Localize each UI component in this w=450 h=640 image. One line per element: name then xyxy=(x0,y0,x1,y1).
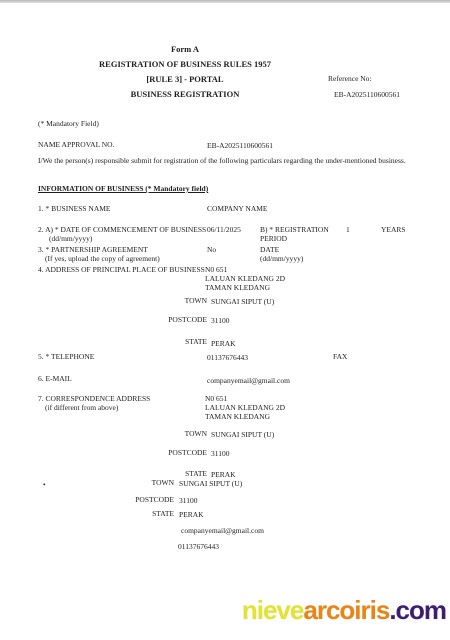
correspondence-state-value: PERAK xyxy=(211,471,236,479)
overflow-town-label: TOWN xyxy=(110,479,174,487)
form-a-title: Form A xyxy=(40,45,330,54)
top-border xyxy=(0,0,450,3)
correspondence-town-label: TOWN xyxy=(140,430,207,438)
overflow-town-value: SUNGAI SIPUT (U) xyxy=(179,480,242,488)
partnership-agreement-note: (If yes, upload the copy of agreement) xyxy=(45,255,160,263)
watermark-part-3: .com xyxy=(389,595,446,625)
email-value: companyemail@gmail.com xyxy=(207,377,290,385)
commencement-date-value: 06/11/2025 xyxy=(207,226,241,234)
correspondence-town-value: SUNGAI SIPUT (U) xyxy=(211,431,274,439)
watermark-part-2: arcoiris xyxy=(303,595,389,625)
business-name-label: 1. * BUSINESS NAME xyxy=(38,205,111,213)
name-approval-label: NAME APPROVAL NO. xyxy=(38,141,114,149)
overflow-state-value: PERAK xyxy=(179,511,204,519)
list-bullet: • xyxy=(43,481,46,489)
commencement-date-label: 2. A) * DATE OF COMMENCEMENT OF BUSINESS xyxy=(38,226,206,234)
portal-title: [RULE 3] - PORTAL xyxy=(40,75,330,84)
principal-postcode-label: POSTCODE xyxy=(140,316,207,324)
correspondence-address-line-3: TAMAN KLEDANG xyxy=(205,413,270,421)
commencement-date-format: (dd/mm/yyyy) xyxy=(49,235,92,243)
overflow-phone-value: 01137676443 xyxy=(178,543,219,551)
correspondence-address-line-1: N0 651 xyxy=(205,395,227,403)
form-a-document: Form A REGISTRATION OF BUSINESS RULES 19… xyxy=(0,0,450,640)
watermark-part-1: nieve xyxy=(242,595,304,625)
principal-address-line-1: N0 651 xyxy=(205,266,227,274)
correspondence-state-label: STATE xyxy=(140,470,207,478)
reference-no-label: Reference No: xyxy=(328,75,372,83)
mandatory-field-note: (* Mandatory Field) xyxy=(38,120,99,128)
fax-label: FAX xyxy=(333,353,347,361)
section-heading: INFORMATION OF BUSINESS (* Mandatory fie… xyxy=(38,185,208,193)
name-approval-value: EB-A2025110600561 xyxy=(207,142,273,150)
watermark: nievearcoiris.com xyxy=(242,595,446,626)
principal-state-value: PERAK xyxy=(211,340,236,348)
overflow-state-label: STATE xyxy=(110,510,174,518)
principal-town-value: SUNGAI SIPUT (U) xyxy=(211,298,274,306)
principal-town-label: TOWN xyxy=(140,297,207,305)
overflow-postcode-value: 31100 xyxy=(179,497,197,505)
registration-period-unit: YEARS xyxy=(381,226,406,234)
telephone-label: 5. * TELEPHONE xyxy=(38,353,94,361)
registration-period-label-line1: B) * REGISTRATION xyxy=(260,226,329,234)
principal-address-line-2: LALUAN KLEDANG 2D xyxy=(205,275,285,283)
correspondence-postcode-label: POSTCODE xyxy=(140,449,207,457)
principal-state-label: STATE xyxy=(140,338,207,346)
correspondence-address-label: 7. CORRESPONDENCE ADDRESS xyxy=(38,395,150,403)
principal-address-label: 4. ADDRESS OF PRINCIPAL PLACE OF BUSINES… xyxy=(38,266,205,274)
principal-address-line-3: TAMAN KLEDANG xyxy=(205,284,270,292)
reference-no-value: EB-A2025110600561 xyxy=(334,91,400,99)
declaration-text: I/We the person(s) responsible submit fo… xyxy=(38,157,406,165)
overflow-postcode-label: POSTCODE xyxy=(110,496,174,504)
correspondence-postcode-value: 31100 xyxy=(211,450,229,458)
agreement-date-label: DATE xyxy=(260,246,279,254)
correspondence-address-line-2: LALUAN KLEDANG 2D xyxy=(205,404,285,412)
correspondence-address-note: (if different from above) xyxy=(45,404,118,412)
partnership-agreement-label: 3. * PARTNERSHIP AGREEMENT xyxy=(38,246,148,254)
agreement-date-format: (dd/mm/yyyy) xyxy=(260,255,303,263)
registration-period-label-line2: PERIOD xyxy=(260,235,287,243)
partnership-agreement-value: No xyxy=(207,246,216,254)
business-name-value: COMPANY NAME xyxy=(207,205,268,213)
rules-title: REGISTRATION OF BUSINESS RULES 1957 xyxy=(40,60,330,69)
telephone-value: 01137676443 xyxy=(207,354,248,362)
overflow-email-value: companyemail@gmail.com xyxy=(181,527,264,535)
business-registration-title: BUSINESS REGISTRATION xyxy=(40,90,330,99)
email-label: 6. E-MAIL xyxy=(38,375,72,383)
principal-postcode-value: 31100 xyxy=(211,317,229,325)
registration-period-value: 1 xyxy=(346,226,350,234)
